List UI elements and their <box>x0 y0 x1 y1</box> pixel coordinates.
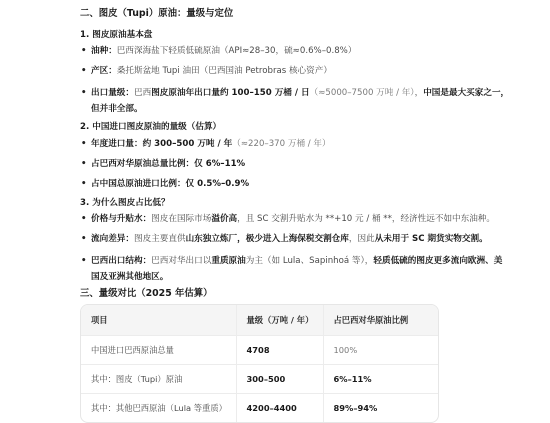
list-item-share-china: 占中国总原油进口比例：仅 0.5%–0.9% <box>80 179 510 190</box>
subheading-why-low: 3. 为什么图皮占比低？ <box>80 198 170 209</box>
table-cell: 100% <box>323 336 438 365</box>
table-header-row: 项目 量级（万吨 / 年） 占巴西对华原油比例 <box>81 305 438 336</box>
list-item-price: 价格与升贴水：图皮在国际市场溢价高，且 SC 交割升贴水为 **+10 元 / … <box>80 214 510 225</box>
bullet-text: 桑托斯盆地 Tupi 油田（巴西国油 Petrobras 核心资产） <box>117 66 332 76</box>
bullet-label: 油种： <box>91 46 117 56</box>
list-item-region: 产区：桑托斯盆地 Tupi 油田（巴西国油 Petrobras 核心资产） <box>80 66 510 77</box>
subheading-basics: 1. 图皮原油基本盘 <box>80 30 152 41</box>
column-header: 项目 <box>81 305 236 336</box>
table-cell: 其中：图皮（Tupi）原油 <box>81 365 236 394</box>
table-cell: 89%–94% <box>323 394 438 423</box>
table-row: 其中：其他巴西原油（Lula 等重质） 4200–4400 89%–94% <box>81 394 438 423</box>
section-heading-comparison: 三、量级对比（2025 年估算） <box>80 288 212 300</box>
table-cell: 4200–4400 <box>236 394 323 423</box>
list-item-export-volume: 出口量级：巴西图皮原油年出口量约 100–150 万桶 / 日（≈5000–75… <box>80 85 510 117</box>
table-cell: 中国进口巴西原油总量 <box>81 336 236 365</box>
table-row: 中国进口巴西原油总量 4708 100% <box>81 336 438 365</box>
list-item-annual-import: 年度进口量：约 300–500 万吨 / 年（≈220–370 万桶 / 年） <box>80 139 510 150</box>
list-item-share-brazil: 占巴西对华原油总量比例：仅 6%–11% <box>80 159 510 170</box>
section-heading-tupi: 二、图皮（Tupi）原油：量级与定位 <box>80 8 233 20</box>
list-item-oil-type: 油种：巴西深海盐下轻质低硫原油（API≈28–30，硫≈0.6%–0.8%） <box>80 46 510 57</box>
list-item-flow: 流向差异：图皮主要直供山东独立炼厂，极少进入上海保税交割仓库，因此从未用于 SC… <box>80 234 510 245</box>
table-cell: 4708 <box>236 336 323 365</box>
table-cell: 6%–11% <box>323 365 438 394</box>
comparison-table: 项目 量级（万吨 / 年） 占巴西对华原油比例 中国进口巴西原油总量 4708 … <box>80 304 439 423</box>
column-header: 量级（万吨 / 年） <box>236 305 323 336</box>
list-item-export-structure: 巴西出口结构：巴西对华出口以重质原油为主（如 Lula、Sapinhoá 等），… <box>80 253 510 285</box>
column-header: 占巴西对华原油比例 <box>323 305 438 336</box>
table-cell: 300–500 <box>236 365 323 394</box>
subheading-china-imports: 2. 中国进口图皮原油的量级（估算） <box>80 122 221 133</box>
bullet-label: 出口量级： <box>91 88 134 98</box>
bullet-text: 巴西深海盐下轻质低硫原油（API≈28–30，硫≈0.6%–0.8%） <box>117 46 357 56</box>
table-cell: 其中：其他巴西原油（Lula 等重质） <box>81 394 236 423</box>
table-row: 其中：图皮（Tupi）原油 300–500 6%–11% <box>81 365 438 394</box>
bullet-label: 产区： <box>91 66 117 76</box>
